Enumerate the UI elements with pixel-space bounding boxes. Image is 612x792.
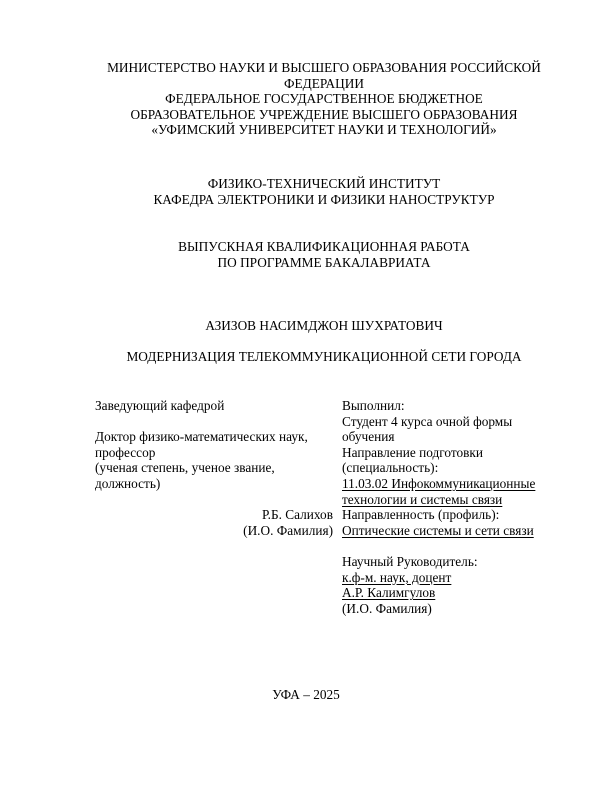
supervisor-label: Научный Руководитель: [342,554,562,570]
head-name: Р.Б. Салихов [95,507,333,523]
city-year: УФА – 2025 [0,687,612,703]
profile-value: Оптические системы и сети связи [342,523,562,539]
student-block: Выполнил: Студент 4 курса очной формы об… [342,398,562,616]
head-degree: профессор [95,445,333,461]
author-text: АЗИЗОВ НАСИМДЖОН ШУХРАТОВИЧ [80,318,568,334]
head-degree-hint: (ученая степень, ученое звание, [95,460,333,476]
ministry-header: МИНИСТЕРСТВО НАУКИ И ВЫСШЕГО ОБРАЗОВАНИЯ… [80,60,568,138]
direction-value: технологии и системы связи [342,492,562,508]
student-desc: Студент 4 курса очной формы [342,414,562,430]
header-line: ФЕДЕРАЛЬНОЕ ГОСУДАРСТВЕННОЕ БЮДЖЕТНОЕ [80,91,568,107]
head-degree-hint: должность) [95,476,333,492]
student-label: Выполнил: [342,398,562,414]
direction-value: 11.03.02 Инфокоммуникационные [342,476,562,492]
author-name: АЗИЗОВ НАСИМДЖОН ШУХРАТОВИЧ [80,318,568,334]
work-type-line: ПО ПРОГРАММЕ БАКАЛАВРИАТА [80,255,568,271]
student-desc: обучения [342,429,562,445]
institute-name: ФИЗИКО-ТЕХНИЧЕСКИЙ ИНСТИТУТ [80,176,568,192]
header-line: ФЕДЕРАЦИИ [80,76,568,92]
head-title: Заведующий кафедрой [95,398,333,414]
direction-label: (специальность): [342,460,562,476]
work-type-line: ВЫПУСКНАЯ КВАЛИФИКАЦИОННАЯ РАБОТА [80,239,568,255]
header-line: «УФИМСКИЙ УНИВЕРСИТЕТ НАУКИ И ТЕХНОЛОГИЙ… [80,122,568,138]
head-name-hint: (И.О. Фамилия) [95,523,333,539]
head-degree: Доктор физико-математических наук, [95,429,333,445]
profile-label: Направленность (профиль): [342,507,562,523]
department-name: КАФЕДРА ЭЛЕКТРОНИКИ И ФИЗИКИ НАНОСТРУКТУ… [80,192,568,208]
supervisor-name-hint: (И.О. Фамилия) [342,601,562,617]
thesis-topic: МОДЕРНИЗАЦИЯ ТЕЛЕКОММУНИКАЦИОННОЙ СЕТИ Г… [80,349,568,365]
supervisor-name: А.Р. Калимгулов [342,585,562,601]
header-line: МИНИСТЕРСТВО НАУКИ И ВЫСШЕГО ОБРАЗОВАНИЯ… [80,60,568,76]
topic-text: МОДЕРНИЗАЦИЯ ТЕЛЕКОММУНИКАЦИОННОЙ СЕТИ Г… [80,349,568,365]
direction-label: Направление подготовки [342,445,562,461]
header-line: ОБРАЗОВАТЕЛЬНОЕ УЧРЕЖДЕНИЕ ВЫСШЕГО ОБРАЗ… [80,107,568,123]
supervisor-degree: к.ф-м. наук, доцент [342,570,562,586]
work-type-block: ВЫПУСКНАЯ КВАЛИФИКАЦИОННАЯ РАБОТА ПО ПРО… [80,239,568,270]
head-of-department-block: Заведующий кафедрой Доктор физико-матема… [95,398,333,538]
institute-block: ФИЗИКО-ТЕХНИЧЕСКИЙ ИНСТИТУТ КАФЕДРА ЭЛЕК… [80,176,568,207]
